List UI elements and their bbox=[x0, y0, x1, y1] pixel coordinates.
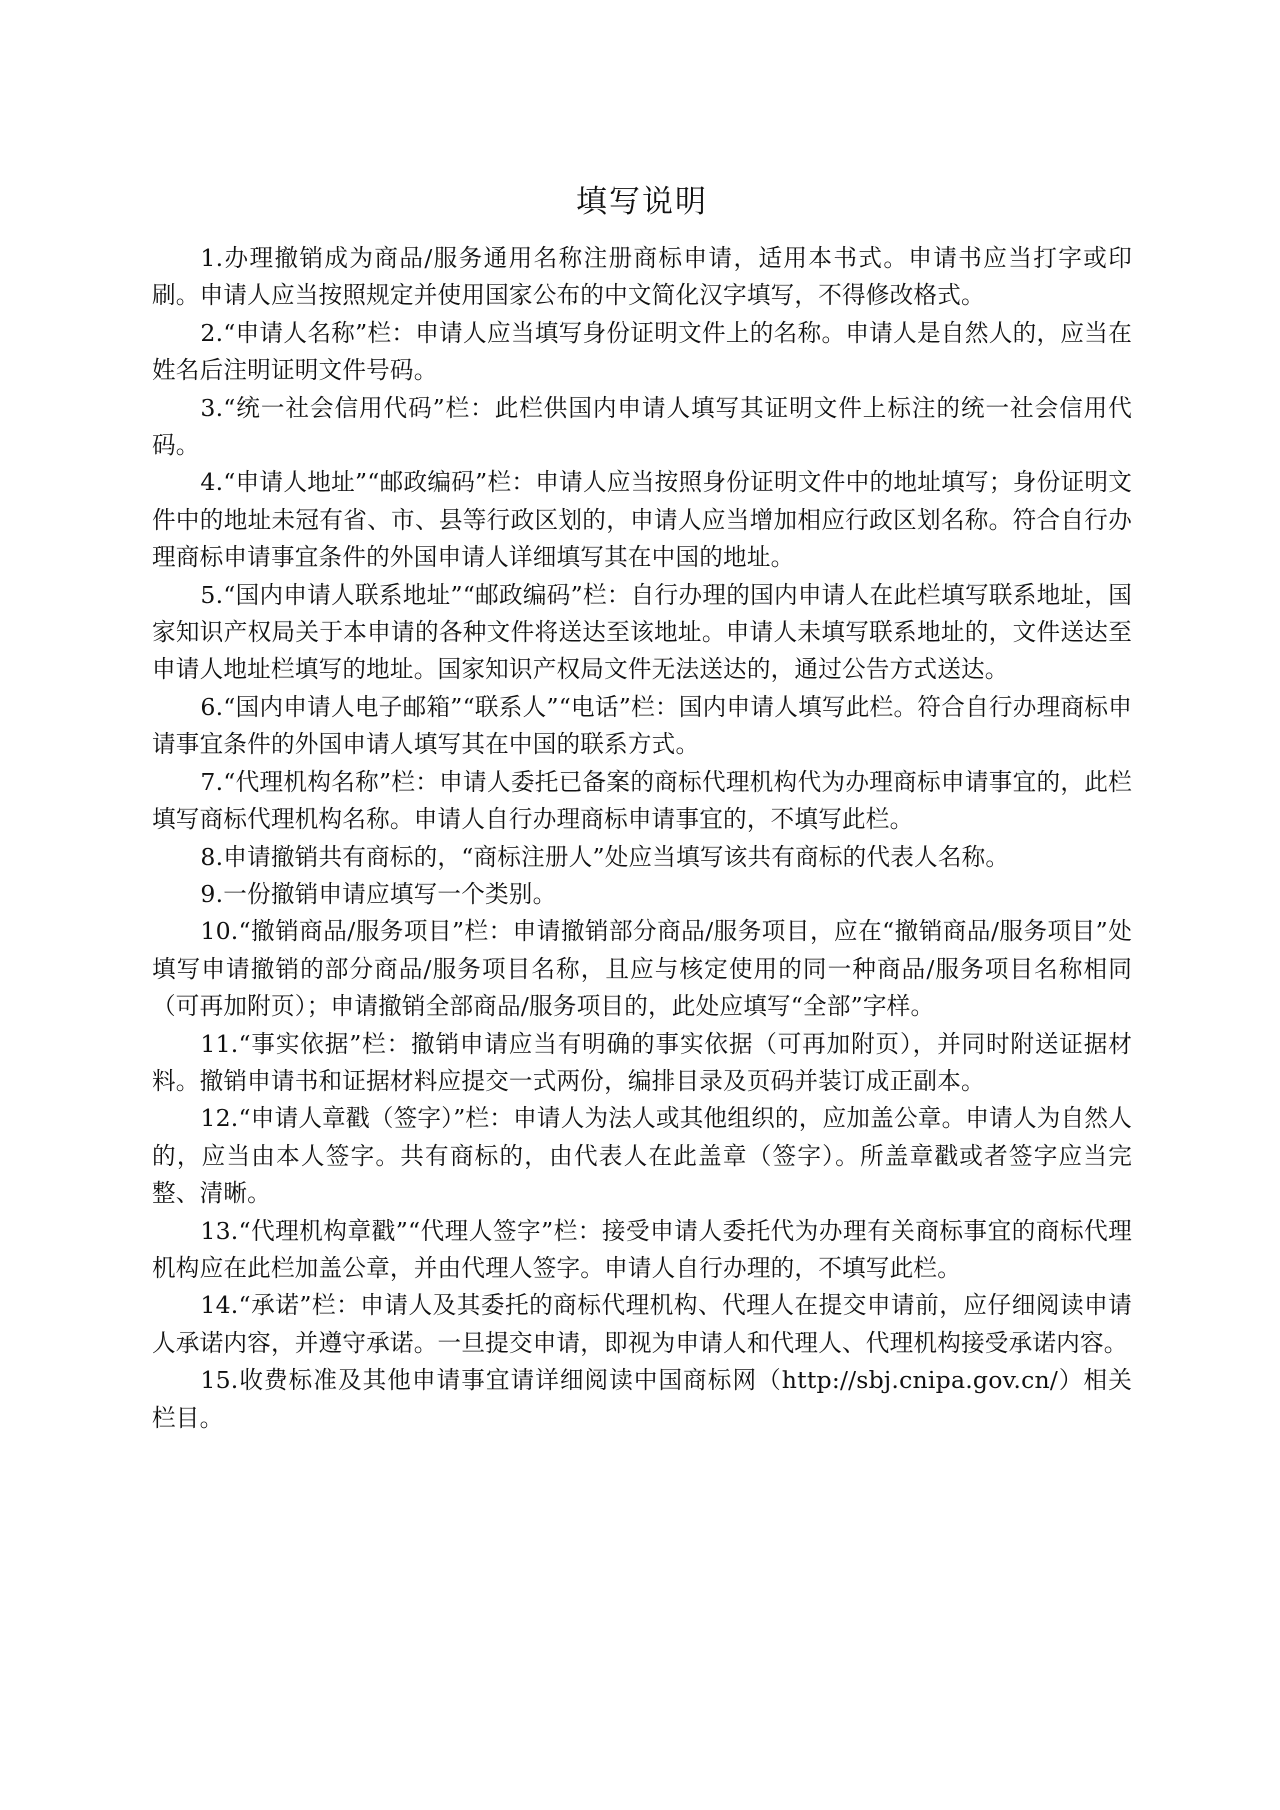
instruction-item-11: 11.“事实依据”栏：撤销申请应当有明确的事实依据（可再加附页），并同时附送证据… bbox=[152, 1026, 1132, 1101]
instruction-item-10: 10.“撤销商品/服务项目”栏：申请撤销部分商品/服务项目，应在“撤销商品/服务… bbox=[152, 913, 1132, 1025]
instruction-item-13: 13.“代理机构章戳”“代理人签字”栏：接受申请人委托代为办理有关商标事宜的商标… bbox=[152, 1213, 1132, 1288]
instruction-item-2: 2.“申请人名称”栏：申请人应当填写身份证明文件上的名称。申请人是自然人的，应当… bbox=[152, 315, 1132, 390]
instruction-item-9: 9.一份撤销申请应填写一个类别。 bbox=[152, 876, 1132, 913]
instruction-item-14: 14.“承诺”栏：申请人及其委托的商标代理机构、代理人在提交申请前，应仔细阅读申… bbox=[152, 1287, 1132, 1362]
instruction-item-4: 4.“申请人地址”“邮政编码”栏：申请人应当按照身份证明文件中的地址填写；身份证… bbox=[152, 464, 1132, 576]
instruction-item-5: 5.“国内申请人联系地址”“邮政编码”栏：自行办理的国内申请人在此栏填写联系地址… bbox=[152, 577, 1132, 689]
instruction-item-6: 6.“国内申请人电子邮箱”“联系人”“电话”栏：国内申请人填写此栏。符合自行办理… bbox=[152, 689, 1132, 764]
instruction-item-3: 3.“统一社会信用代码”栏：此栏供国内申请人填写其证明文件上标注的统一社会信用代… bbox=[152, 390, 1132, 465]
instructions-body: 1.办理撤销成为商品/服务通用名称注册商标申请，适用本书式。申请书应当打字或印刷… bbox=[152, 240, 1132, 1437]
instruction-item-8: 8.申请撤销共有商标的，“商标注册人”处应当填写该共有商标的代表人名称。 bbox=[152, 839, 1132, 876]
instruction-item-12: 12.“申请人章戳（签字）”栏：申请人为法人或其他组织的，应加盖公章。申请人为自… bbox=[152, 1100, 1132, 1212]
document-title: 填写说明 bbox=[152, 180, 1132, 224]
instruction-item-7: 7.“代理机构名称”栏：申请人委托已备案的商标代理机构代为办理商标申请事宜的，此… bbox=[152, 764, 1132, 839]
instruction-item-1: 1.办理撤销成为商品/服务通用名称注册商标申请，适用本书式。申请书应当打字或印刷… bbox=[152, 240, 1132, 315]
instruction-item-15: 15.收费标准及其他申请事宜请详细阅读中国商标网（http://sbj.cnip… bbox=[152, 1362, 1132, 1437]
